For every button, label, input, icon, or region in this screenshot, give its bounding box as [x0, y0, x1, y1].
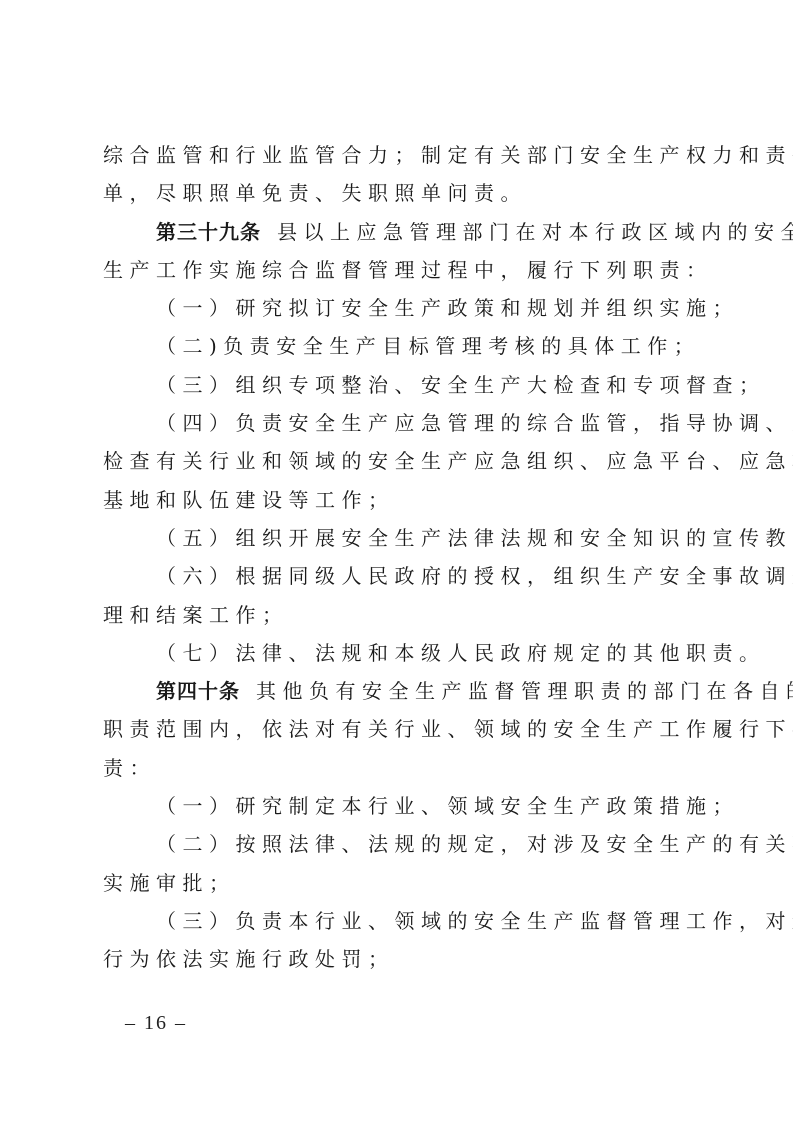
paragraph-line: 责： [103, 749, 693, 787]
list-item-line: （二）按照法律、法规的规定，对涉及安全生产的有关事项 [103, 825, 693, 863]
paragraph-line: 单，尽职照单免责、失职照单问责。 [103, 174, 693, 212]
line-text: 单，尽职照单免责、失职照单问责。 [103, 181, 527, 205]
document-page: 综合监管和行业监管合力；制定有关部门安全生产权力和责任清 单，尽职照单免责、失职… [0, 0, 793, 1122]
paragraph-line: 职责范围内，依法对有关行业、领域的安全生产工作履行下列职 [103, 710, 693, 748]
line-text: 责： [103, 756, 156, 780]
paragraph-line: 检查有关行业和领域的安全生产应急组织、应急平台、应急救援 [103, 442, 693, 480]
paragraph-line: 综合监管和行业监管合力；制定有关部门安全生产权力和责任清 [103, 136, 693, 174]
line-text: 县以上应急管理部门在对本行政区域内的安全 [277, 220, 793, 244]
list-item-line: （六）根据同级人民政府的授权，组织生产安全事故调查处 [103, 557, 693, 595]
article-39-heading-line: 第三十九条县以上应急管理部门在对本行政区域内的安全 [103, 213, 693, 251]
paragraph-line: 理和结案工作； [103, 596, 693, 634]
line-text: 其他负有安全生产监督管理职责的部门在各自的 [256, 679, 793, 703]
list-item-line: （二)负责安全生产目标管理考核的具体工作； [103, 327, 693, 365]
line-text: 行为依法实施行政处罚； [103, 947, 395, 971]
line-text: 基地和队伍建设等工作； [103, 488, 395, 512]
list-item-line: （一）研究制定本行业、领域安全生产政策措施； [103, 787, 693, 825]
paragraph-line: 生产工作实施综合监督管理过程中，履行下列职责： [103, 251, 693, 289]
line-text: （三）负责本行业、领域的安全生产监督管理工作，对违法 [156, 909, 793, 933]
article-40-heading-line: 第四十条其他负有安全生产监督管理职责的部门在各自的 [103, 672, 693, 710]
line-text: 综合监管和行业监管合力；制定有关部门安全生产权力和责任清 [103, 143, 793, 167]
line-text: （四）负责安全生产应急管理的综合监管，指导协调、监督 [156, 411, 793, 435]
line-text: （一）研究制定本行业、领域安全生产政策措施； [156, 794, 739, 818]
line-text: 理和结案工作； [103, 603, 289, 627]
line-text: （三）组织专项整治、安全生产大检查和专项督查； [156, 373, 766, 397]
line-text: 生产工作实施综合监督管理过程中，履行下列职责： [103, 258, 713, 282]
line-text: （五）组织开展安全生产法律法规和安全知识的宣传教育； [156, 526, 793, 550]
line-text: 检查有关行业和领域的安全生产应急组织、应急平台、应急救援 [103, 449, 793, 473]
paragraph-line: 基地和队伍建设等工作； [103, 481, 693, 519]
document-body: 综合监管和行业监管合力；制定有关部门安全生产权力和责任清 单，尽职照单免责、失职… [103, 136, 693, 979]
line-text: （一）研究拟订安全生产政策和规划并组织实施； [156, 296, 739, 320]
page-number: – 16 – [125, 1012, 187, 1035]
line-text: （二)负责安全生产目标管理考核的具体工作； [156, 334, 700, 358]
paragraph-line: 行为依法实施行政处罚； [103, 940, 693, 978]
line-text: （二）按照法律、法规的规定，对涉及安全生产的有关事项 [156, 832, 793, 856]
line-text: （七）法律、法规和本级人民政府规定的其他职责。 [156, 641, 766, 665]
line-text: 实施审批； [103, 871, 236, 895]
list-item-line: （三）负责本行业、领域的安全生产监督管理工作，对违法 [103, 902, 693, 940]
line-text: 职责范围内，依法对有关行业、领域的安全生产工作履行下列职 [103, 717, 793, 741]
list-item-line: （四）负责安全生产应急管理的综合监管，指导协调、监督 [103, 404, 693, 442]
list-item-line: （三）组织专项整治、安全生产大检查和专项督查； [103, 366, 693, 404]
paragraph-line: 实施审批； [103, 864, 693, 902]
article-number: 第四十条 [156, 679, 240, 703]
list-item-line: （一）研究拟订安全生产政策和规划并组织实施； [103, 289, 693, 327]
list-item-line: （五）组织开展安全生产法律法规和安全知识的宣传教育； [103, 519, 693, 557]
list-item-line: （七）法律、法规和本级人民政府规定的其他职责。 [103, 634, 693, 672]
article-number: 第三十九条 [156, 220, 261, 244]
line-text: （六）根据同级人民政府的授权，组织生产安全事故调查处 [156, 564, 793, 588]
